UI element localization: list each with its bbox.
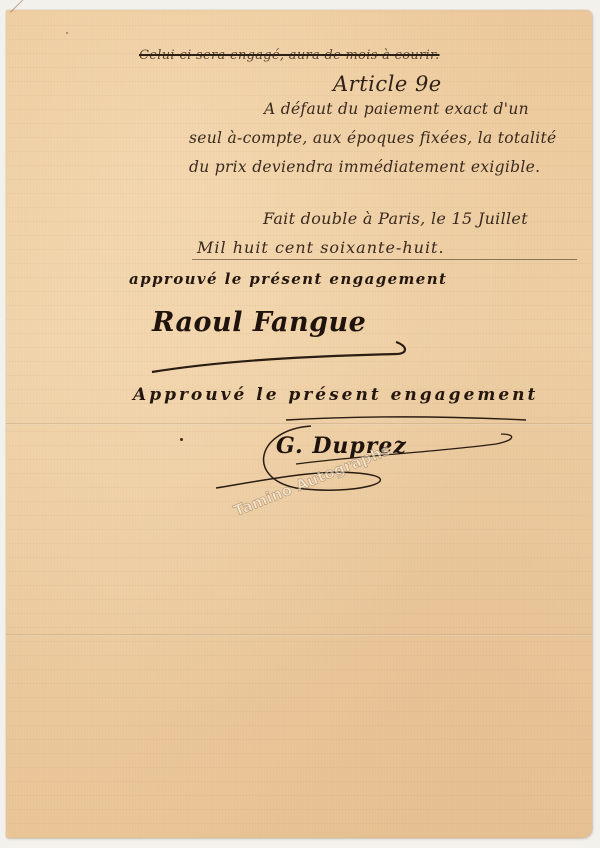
article-body-line-2: seul à-compte, aux époques fixées, la to… bbox=[189, 129, 557, 147]
approval-text-2: Approuvé le présent engagement bbox=[133, 385, 538, 405]
manuscript-page: Celui-ci sera engagé, aura de mois à cou… bbox=[6, 10, 592, 838]
fold-line-lower bbox=[6, 634, 592, 636]
corner-crease bbox=[10, 0, 42, 28]
ink-speck bbox=[180, 438, 183, 441]
article-body-line-1: A défaut du paiement exact d'un bbox=[264, 100, 529, 118]
struck-through-line: Celui-ci sera engagé, aura de mois à cou… bbox=[139, 48, 440, 63]
closing-year: Mil huit cent soixante-huit. bbox=[197, 238, 445, 257]
document-viewer: Celui-ci sera engagé, aura de mois à cou… bbox=[0, 0, 600, 848]
article-title: Article 9e bbox=[333, 72, 442, 96]
ink-speck bbox=[66, 32, 68, 34]
fold-line-upper bbox=[6, 423, 592, 425]
approval-text-1: approuvé le présent engagement bbox=[129, 270, 447, 288]
article-body-line-3: du prix deviendra immédiatement exigible… bbox=[189, 158, 540, 176]
signature-raoul-fangue: Raoul Fangue bbox=[152, 307, 366, 338]
closing-rule bbox=[192, 259, 577, 260]
closing-place-date: Fait double à Paris, le 15 Juillet bbox=[263, 209, 528, 228]
